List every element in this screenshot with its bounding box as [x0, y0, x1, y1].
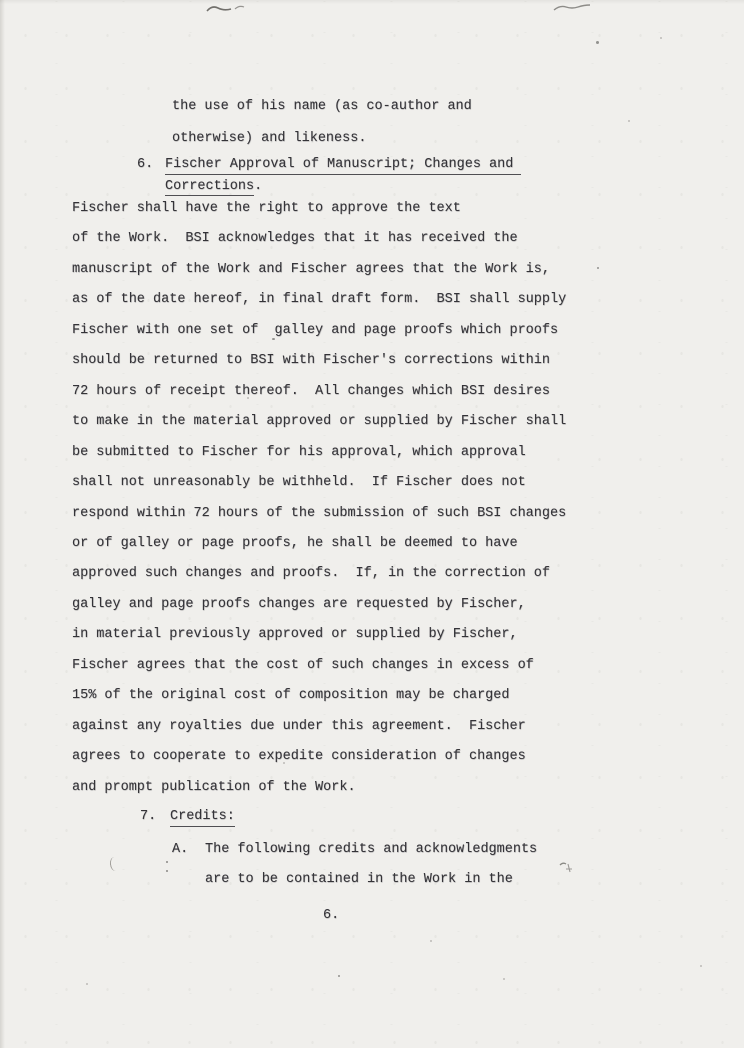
text-line: 15% of the original cost of composition …: [72, 681, 632, 711]
scanned-document-page: the use of his name (as co-author and ot…: [0, 0, 744, 1048]
section7-title-text: Credits:: [170, 809, 235, 827]
text-line: against any royalties due under this agr…: [72, 712, 632, 742]
text-line: as of the date hereof, in final draft fo…: [72, 285, 632, 315]
scan-artifact: [628, 120, 630, 122]
clause5-continuation-paragraph: the use of his name (as co-author and ot…: [172, 91, 472, 155]
item-a-label: A.: [172, 835, 188, 865]
text-line: to make in the material approved or supp…: [72, 407, 632, 437]
page-number: 6.: [323, 908, 339, 923]
text-line: are to be contained in the Work in the: [205, 865, 537, 895]
text-line: approved such changes and proofs. If, in…: [72, 559, 632, 589]
pen-mark-top-right: [552, 2, 596, 14]
section6-title-text1: Fischer Approval of Manuscript; Changes …: [165, 157, 521, 175]
text-line: galley and page proofs changes are reque…: [72, 590, 632, 620]
pen-mark-right-margin: [558, 860, 576, 876]
text-line: The following credits and acknowledgment…: [205, 835, 537, 865]
scan-artifact: [700, 965, 702, 967]
text-line: 72 hours of receipt thereof. All changes…: [72, 377, 632, 407]
scan-artifact: [166, 861, 168, 873]
text-line: in material previously approved or suppl…: [72, 620, 632, 650]
scan-artifact: [596, 41, 599, 44]
text-line: should be returned to BSI with Fischer's…: [72, 346, 632, 376]
scan-artifact: [86, 983, 88, 985]
text-line: Fischer agrees that the cost of such cha…: [72, 651, 632, 681]
scan-artifact: [109, 857, 118, 872]
text-line: the use of his name (as co-author and: [172, 91, 472, 123]
text-line: otherwise) and likeness.: [172, 123, 472, 155]
scan-artifact: [338, 975, 340, 977]
text-line: Fischer shall have the right to approve …: [72, 194, 632, 224]
scan-artifact: [430, 940, 432, 942]
scan-artifact: [660, 37, 662, 39]
text-line: or of galley or page proofs, he shall be…: [72, 529, 632, 559]
section6-title-period: .: [254, 179, 262, 194]
text-line: and prompt publication of the Work.: [72, 773, 632, 803]
pen-mark-top-left: [205, 2, 255, 16]
section6-number: 6.: [137, 154, 153, 176]
text-line: be submitted to Fischer for his approval…: [72, 438, 632, 468]
item-a-lines: The following credits and acknowledgment…: [205, 835, 537, 896]
scan-artifact: [503, 978, 505, 980]
text-line: respond within 72 hours of the submissio…: [72, 499, 632, 529]
text-line: Fischer with one set of galley and page …: [72, 316, 632, 346]
section7-title: Credits:: [170, 806, 235, 827]
text-line: manuscript of the Work and Fischer agree…: [72, 255, 632, 285]
text-line: shall not unreasonably be withheld. If F…: [72, 468, 632, 498]
section7-number: 7.: [140, 806, 156, 827]
section6-paragraph: Fischer shall have the right to approve …: [72, 194, 632, 803]
section6-title: Fischer Approval of Manuscript; Changes …: [165, 154, 521, 197]
text-line: agrees to cooperate to expedite consider…: [72, 742, 632, 772]
text-line: of the Work. BSI acknowledges that it ha…: [72, 224, 632, 254]
section6-title-line1: Fischer Approval of Manuscript; Changes …: [165, 154, 521, 176]
